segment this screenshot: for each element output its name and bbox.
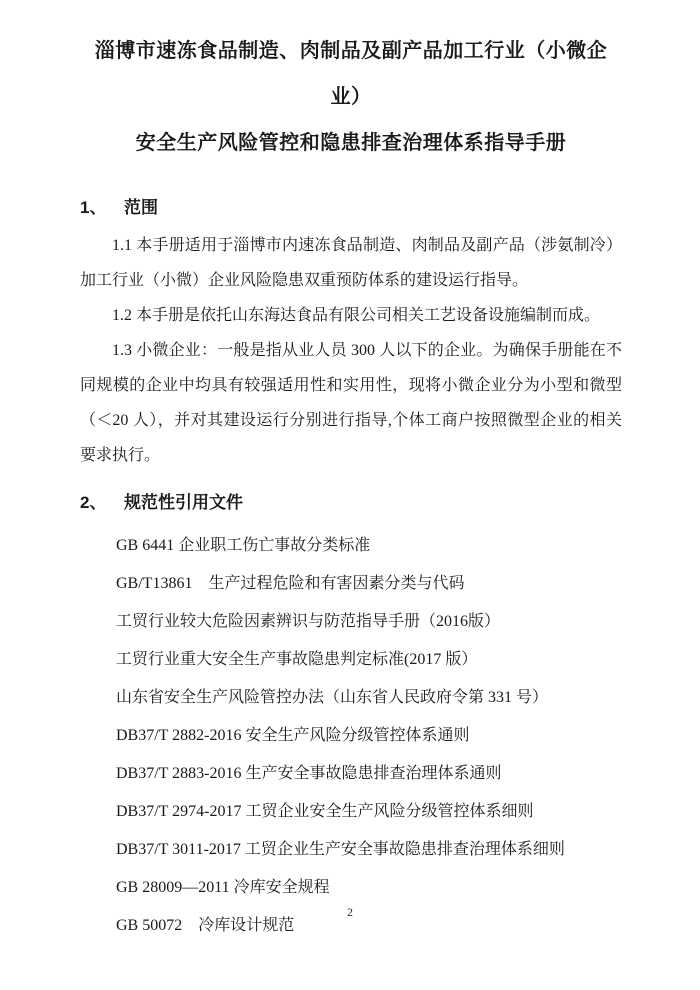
reference-item: GB 28009—2011 冷库安全规程 xyxy=(116,869,622,907)
reference-item: GB/T13861 生产过程危险和有害因素分类与代码 xyxy=(116,565,622,603)
section-1-number: 1、 xyxy=(80,196,124,220)
section-1-title: 范围 xyxy=(124,196,158,220)
document-title-line2: 安全生产风险管控和隐患排查治理体系指导手册 xyxy=(80,120,622,166)
reference-list: GB 6441 企业职工伤亡事故分类标准 GB/T13861 生产过程危险和有害… xyxy=(116,527,622,945)
reference-item: 工贸行业重大安全生产事故隐患判定标准(2017 版） xyxy=(116,641,622,679)
reference-item: DB37/T 2882-2016 安全生产风险分级管控体系通则 xyxy=(116,717,622,755)
reference-item: DB37/T 2974-2017 工贸企业安全生产风险分级管控体系细则 xyxy=(116,793,622,831)
paragraph-1-1: 1.1 本手册适用于淄博市内速冻食品制造、肉制品及副产品（涉氨制冷）加工行业（小… xyxy=(80,228,622,298)
document-title: 淄博市速冻食品制造、肉制品及副产品加工行业（小微企业） 安全生产风险管控和隐患排… xyxy=(80,28,622,166)
section-1-heading: 1、 范围 xyxy=(80,196,622,220)
document-title-line1: 淄博市速冻食品制造、肉制品及副产品加工行业（小微企业） xyxy=(80,28,622,120)
section-2-number: 2、 xyxy=(80,491,124,515)
reference-item: DB37/T 2883-2016 生产安全事故隐患排查治理体系通则 xyxy=(116,755,622,793)
paragraph-1-2: 1.2 本手册是依托山东海达食品有限公司相关工艺设备设施编制而成。 xyxy=(80,298,622,333)
document-page: 淄博市速冻食品制造、肉制品及副产品加工行业（小微企业） 安全生产风险管控和隐患排… xyxy=(0,0,700,990)
reference-item: DB37/T 3011-2017 工贸企业生产安全事故隐患排查治理体系细则 xyxy=(116,831,622,869)
section-2-heading: 2、 规范性引用文件 xyxy=(80,491,622,515)
page-content: 淄博市速冻食品制造、肉制品及副产品加工行业（小微企业） 安全生产风险管控和隐患排… xyxy=(0,0,700,945)
page-number: 2 xyxy=(0,905,700,920)
section-2-title: 规范性引用文件 xyxy=(124,491,243,515)
paragraph-1-3: 1.3 小微企业：一般是指从业人员 300 人以下的企业。为确保手册能在不同规模… xyxy=(80,333,622,473)
reference-item: 山东省安全生产风险管控办法（山东省人民政府令第 331 号） xyxy=(116,679,622,717)
section-1-body: 1.1 本手册适用于淄博市内速冻食品制造、肉制品及副产品（涉氨制冷）加工行业（小… xyxy=(80,228,622,473)
reference-item: GB 6441 企业职工伤亡事故分类标准 xyxy=(116,527,622,565)
reference-item: 工贸行业较大危险因素辨识与防范指导手册（2016版） xyxy=(116,603,622,641)
